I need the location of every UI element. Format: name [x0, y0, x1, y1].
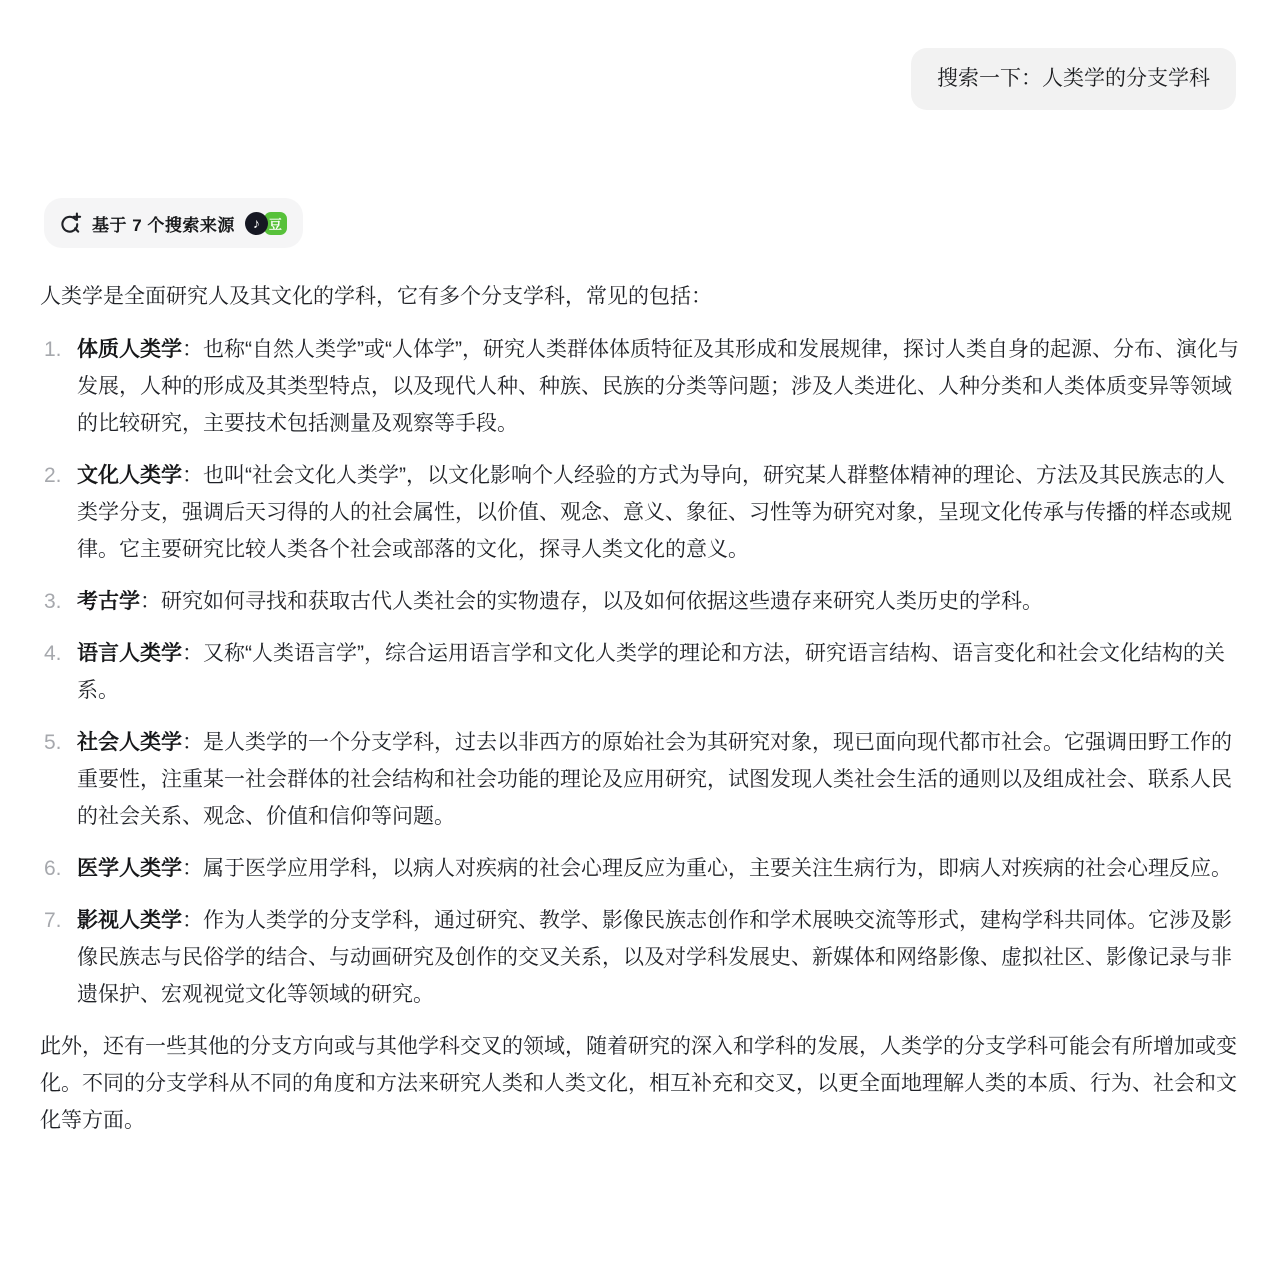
source-avatars: ♪ 豆 [245, 212, 287, 235]
item-term: 语言人类学 [77, 642, 182, 665]
branch-list: 1. 体质人类学：也称“自然人类学”或“人体学”，研究人类群体体质特征及其形成和… [40, 331, 1240, 1013]
assistant-answer: 人类学是全面研究人及其文化的学科，它有多个分支学科，常见的包括： 1. 体质人类… [40, 278, 1240, 1139]
item-separator: ： [182, 909, 203, 932]
item-separator: ： [182, 464, 203, 487]
item-text: 社会人类学：是人类学的一个分支学科，过去以非西方的原始社会为其研究对象，现已面向… [77, 724, 1240, 835]
item-term: 医学人类学 [77, 857, 182, 880]
item-number: 7. [40, 902, 77, 1013]
user-message-text: 搜索一下：人类学的分支学科 [937, 67, 1210, 90]
item-number: 6. [40, 850, 77, 887]
item-text: 文化人类学：也叫“社会文化人类学”，以文化影响个人经验的方式为导向，研究某人群整… [77, 457, 1240, 568]
item-text: 语言人类学：又称“人类语言学”，综合运用语言学和文化人类学的理论和方法，研究语言… [77, 635, 1240, 709]
list-item: 5. 社会人类学：是人类学的一个分支学科，过去以非西方的原始社会为其研究对象，现… [40, 724, 1240, 835]
item-desc: 作为人类学的分支学科，通过研究、教学、影像民族志创作和学术展映交流等形式，建构学… [77, 909, 1232, 1006]
list-item: 6. 医学人类学：属于医学应用学科，以病人对疾病的社会心理反应为重心，主要关注生… [40, 850, 1240, 887]
item-separator: ： [182, 642, 203, 665]
list-item: 2. 文化人类学：也叫“社会文化人类学”，以文化影响个人经验的方式为导向，研究某… [40, 457, 1240, 568]
search-plus-icon [58, 211, 82, 235]
search-sources-label: 基于 7 个搜索来源 [92, 211, 235, 236]
item-term: 考古学 [77, 590, 140, 613]
item-desc: 又称“人类语言学”，综合运用语言学和文化人类学的理论和方法，研究语言结构、语言变… [77, 642, 1225, 702]
list-item: 1. 体质人类学：也称“自然人类学”或“人体学”，研究人类群体体质特征及其形成和… [40, 331, 1240, 442]
search-sources-badge[interactable]: 基于 7 个搜索来源 ♪ 豆 [44, 198, 303, 248]
item-text: 影视人类学：作为人类学的分支学科，通过研究、教学、影像民族志创作和学术展映交流等… [77, 902, 1240, 1013]
item-separator: ： [182, 338, 203, 361]
list-item: 7. 影视人类学：作为人类学的分支学科，通过研究、教学、影像民族志创作和学术展映… [40, 902, 1240, 1013]
item-number: 1. [40, 331, 77, 442]
item-number: 3. [40, 583, 77, 620]
item-number: 5. [40, 724, 77, 835]
item-desc: 也叫“社会文化人类学”，以文化影响个人经验的方式为导向，研究某人群整体精神的理论… [77, 464, 1232, 561]
item-separator: ： [182, 857, 203, 880]
tiktok-icon: ♪ [245, 212, 268, 235]
item-term: 社会人类学 [77, 731, 182, 754]
item-text: 医学人类学：属于医学应用学科，以病人对疾病的社会心理反应为重心，主要关注生病行为… [77, 850, 1240, 887]
item-term: 影视人类学 [77, 909, 182, 932]
item-separator: ： [182, 731, 203, 754]
item-desc: 研究如何寻找和获取古代人类社会的实物遗存，以及如何依据这些遗存来研究人类历史的学… [161, 590, 1043, 613]
item-text: 考古学：研究如何寻找和获取古代人类社会的实物遗存，以及如何依据这些遗存来研究人类… [77, 583, 1240, 620]
item-separator: ： [140, 590, 161, 613]
item-term: 体质人类学 [77, 338, 182, 361]
list-item: 3. 考古学：研究如何寻找和获取古代人类社会的实物遗存，以及如何依据这些遗存来研… [40, 583, 1240, 620]
item-term: 文化人类学 [77, 464, 182, 487]
answer-outro: 此外，还有一些其他的分支方向或与其他学科交叉的领域，随着研究的深入和学科的发展，… [40, 1028, 1240, 1139]
answer-intro: 人类学是全面研究人及其文化的学科，它有多个分支学科，常见的包括： [40, 278, 1240, 315]
item-number: 4. [40, 635, 77, 709]
item-number: 2. [40, 457, 77, 568]
item-desc: 是人类学的一个分支学科，过去以非西方的原始社会为其研究对象，现已面向现代都市社会… [77, 731, 1232, 828]
item-text: 体质人类学：也称“自然人类学”或“人体学”，研究人类群体体质特征及其形成和发展规… [77, 331, 1240, 442]
item-desc: 也称“自然人类学”或“人体学”，研究人类群体体质特征及其形成和发展规律，探讨人类… [77, 338, 1239, 435]
list-item: 4. 语言人类学：又称“人类语言学”，综合运用语言学和文化人类学的理论和方法，研… [40, 635, 1240, 709]
item-desc: 属于医学应用学科，以病人对疾病的社会心理反应为重心，主要关注生病行为，即病人对疾… [203, 857, 1232, 880]
chat-page: 搜索一下：人类学的分支学科 基于 7 个搜索来源 ♪ 豆 人类学是全面研究人及其… [0, 0, 1280, 1275]
user-message-bubble: 搜索一下：人类学的分支学科 [911, 48, 1236, 110]
